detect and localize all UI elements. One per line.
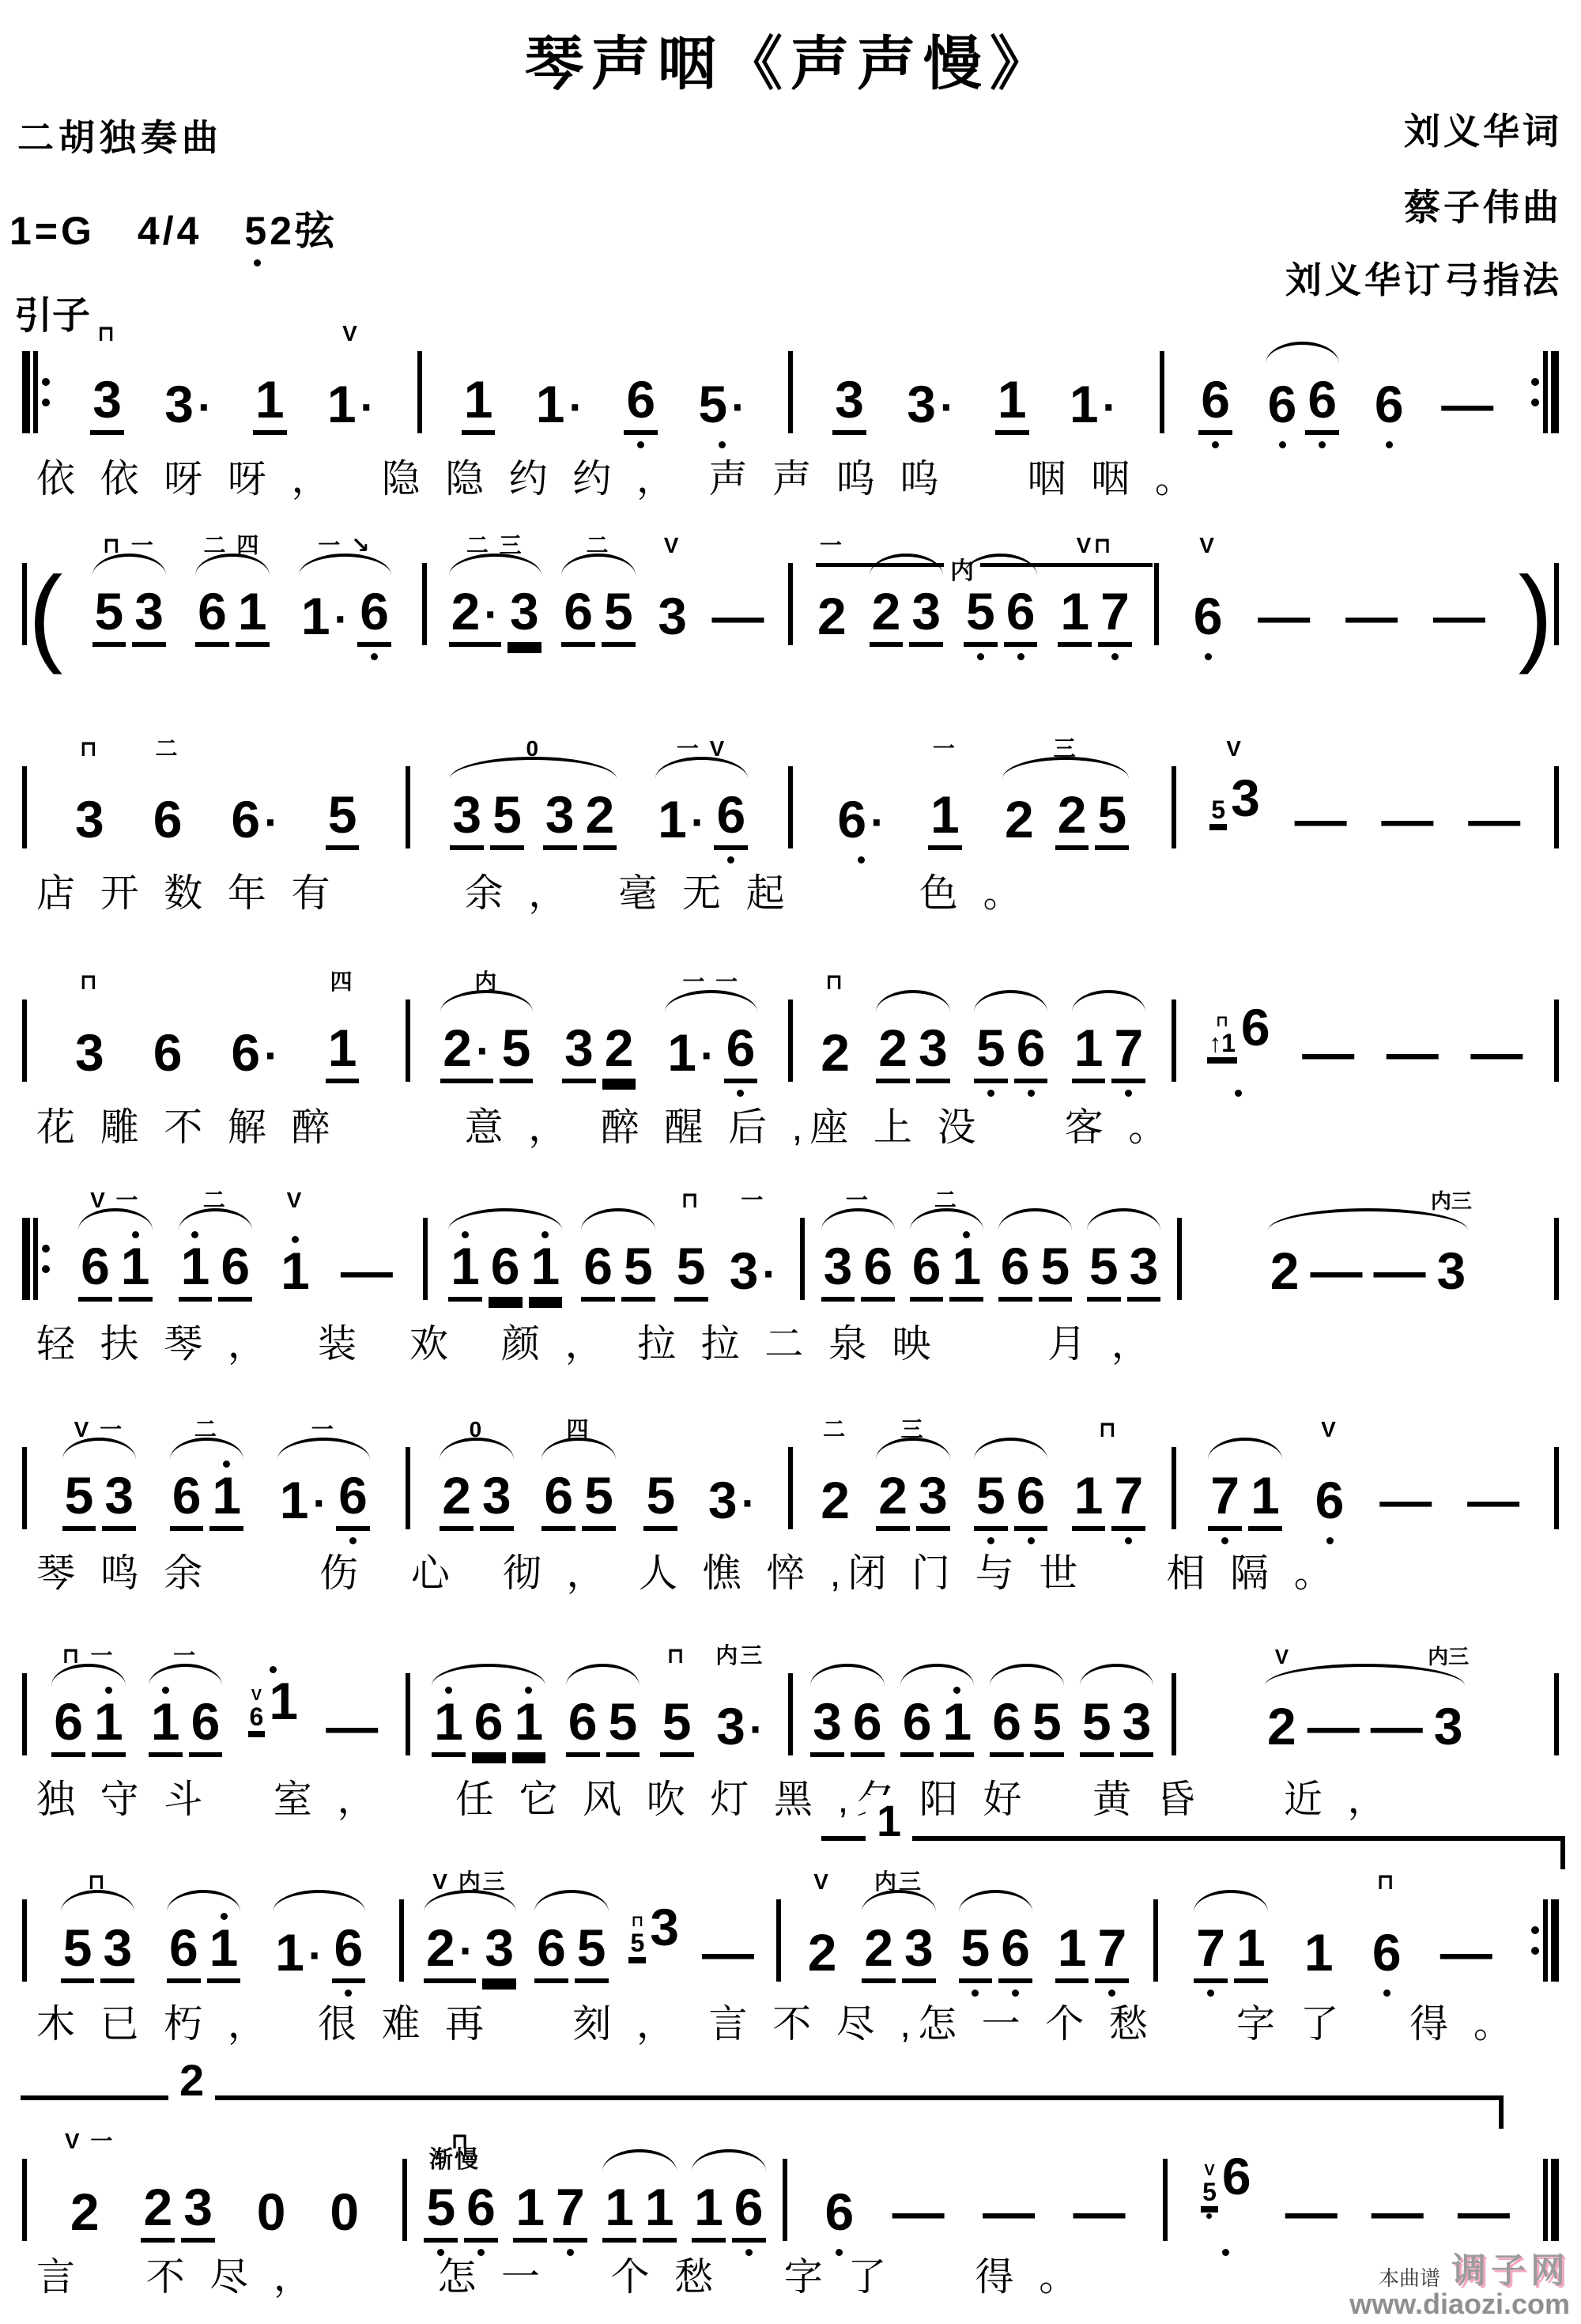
measure: 6666— bbox=[1166, 359, 1530, 452]
note: ⊓53 bbox=[626, 1887, 681, 2001]
note: 5 bbox=[674, 1226, 708, 1319]
note-digit: 1 bbox=[513, 2179, 547, 2243]
octave-dot-below bbox=[1386, 436, 1393, 452]
note-digit: 2 bbox=[440, 1468, 474, 1531]
note-digit: 1· bbox=[273, 1925, 325, 1983]
beat-group: 17 bbox=[1052, 1907, 1132, 2001]
note-digit: 3 bbox=[1127, 1238, 1161, 1302]
composer-credit: 蔡子伟曲 bbox=[1404, 179, 1562, 231]
barline-group bbox=[787, 351, 794, 452]
dash-note: — bbox=[1377, 1460, 1434, 1548]
open-paren: ( bbox=[28, 574, 62, 655]
note: 6 bbox=[1198, 359, 1232, 452]
note: 5 bbox=[959, 1907, 993, 2001]
measure: 711⊓6— bbox=[1160, 1907, 1529, 2001]
beat-group: V6 bbox=[1310, 1460, 1350, 1548]
beat-group: 一2 bbox=[812, 576, 852, 664]
beat-group: V 一61 bbox=[75, 1226, 155, 1319]
octave-dot-below bbox=[727, 852, 734, 867]
note: 1 bbox=[448, 1226, 482, 1319]
beat-group: 6 bbox=[1369, 364, 1409, 452]
note: 1 bbox=[643, 2167, 677, 2260]
note: 5 bbox=[660, 1681, 694, 1774]
beat-group: 5· bbox=[692, 364, 751, 452]
barline bbox=[1172, 1447, 1176, 1529]
note: 1· bbox=[655, 779, 707, 867]
strings-label: 2弦 bbox=[270, 209, 338, 253]
barline-group bbox=[781, 2159, 789, 2260]
barline bbox=[406, 766, 410, 848]
measure-notes: 二2三2356⊓17 bbox=[798, 1455, 1167, 1548]
bowing-finger-mark: 一 bbox=[724, 1189, 783, 1211]
grace-note: V6 bbox=[248, 1687, 266, 1733]
bowing-finger-mark: V bbox=[1275, 1646, 1289, 1667]
barline bbox=[1172, 1000, 1176, 1082]
notation-line-6: V 一53二61一1·6023四6553·二2三2356⊓1771V6—— bbox=[21, 1428, 1560, 1548]
barline bbox=[800, 1218, 805, 1300]
dash-note: — bbox=[1466, 779, 1523, 867]
note-digit: 5 bbox=[643, 1468, 677, 1531]
bowing-finger-mark: 二 bbox=[148, 738, 188, 760]
dash-note: — bbox=[1300, 1012, 1356, 1101]
beat-group: 023 bbox=[436, 1455, 516, 1548]
note-digit: 6 bbox=[170, 1468, 204, 1531]
note-digit: — bbox=[1300, 1025, 1356, 1083]
beat-group: — bbox=[1375, 779, 1439, 867]
note: 3 bbox=[562, 1007, 596, 1101]
note: 6 bbox=[566, 1681, 600, 1774]
note: 1 bbox=[253, 359, 287, 452]
measure: ⊓2235617 bbox=[794, 1007, 1170, 1101]
notation-line-8: 1⊓53611·6V 内三2·365⊓53—V2内三235617711⊓6— bbox=[21, 1880, 1560, 2001]
note-digit: 1 bbox=[512, 1694, 546, 1757]
note: 6 bbox=[851, 1681, 885, 1774]
beat-group: — bbox=[977, 2171, 1040, 2260]
barline-group bbox=[1529, 1899, 1560, 2001]
measure-notes: 6·一1三225 bbox=[798, 774, 1167, 867]
measure: 6·一1三225 bbox=[794, 774, 1170, 867]
barline-group bbox=[21, 1899, 28, 2001]
note-digit: 6 bbox=[167, 1920, 201, 1983]
octave-dot-below bbox=[1326, 1532, 1334, 1548]
note-digit: 6 bbox=[1014, 1020, 1048, 1083]
barline bbox=[22, 1218, 30, 1300]
note-digit: 2 bbox=[876, 1020, 910, 1083]
note: 1 bbox=[207, 1907, 241, 2001]
barline bbox=[783, 2159, 787, 2241]
note: 1 bbox=[1248, 1455, 1282, 1548]
note: 1 bbox=[1072, 1455, 1106, 1548]
barline-group bbox=[787, 563, 794, 664]
measure: V56——— bbox=[1169, 2136, 1541, 2260]
note: 5 bbox=[582, 1455, 616, 1548]
measure-notes: ⊓366·四1 bbox=[32, 1007, 401, 1101]
barline-group bbox=[1175, 1218, 1183, 1319]
measure-notes: V 内三2·365⊓53— bbox=[409, 1887, 772, 2001]
note: 5 bbox=[500, 1007, 534, 1101]
note: 6 bbox=[167, 1907, 201, 2001]
octave-dot-below bbox=[977, 648, 984, 664]
measure-notes: ⊓↑16——— bbox=[1181, 987, 1550, 1101]
note-digit: 6 bbox=[998, 1238, 1032, 1302]
note: 6 bbox=[1014, 1007, 1048, 1101]
dash-note: — bbox=[1305, 1686, 1362, 1774]
dash-note: — bbox=[1372, 1230, 1428, 1319]
bowing-finger-mark: ⊓ bbox=[657, 1645, 697, 1667]
note-digit: 1 bbox=[1072, 1020, 1106, 1083]
note: 6 bbox=[1191, 576, 1225, 664]
barline-group bbox=[1553, 766, 1560, 867]
note-digit: 6 bbox=[464, 2179, 498, 2243]
note-digit: 1 bbox=[236, 584, 270, 647]
note-digit: 6 bbox=[581, 1238, 615, 1302]
note-digit: 5 bbox=[964, 584, 998, 647]
barline-group bbox=[21, 563, 28, 664]
beat-group: 17 bbox=[1069, 1007, 1149, 1101]
measure: 03532一 V1·6 bbox=[412, 774, 787, 867]
note-digit: — bbox=[1431, 588, 1488, 647]
grace-bow-mark: V bbox=[251, 1687, 262, 1704]
measure: 11·65· bbox=[424, 359, 787, 452]
beat-group: 1 bbox=[1299, 1912, 1339, 2001]
beat-group: 1 bbox=[250, 359, 290, 452]
beat-group: 二65 bbox=[558, 571, 638, 664]
note: 3 bbox=[100, 1907, 134, 2001]
note: 7 bbox=[1111, 1007, 1145, 1101]
note-digit: — bbox=[709, 588, 766, 647]
note-digit: 1 bbox=[1234, 1920, 1268, 1983]
measure-notes: V56——— bbox=[1172, 2136, 1538, 2260]
note-digit: 5 bbox=[606, 1694, 640, 1757]
note: 6 bbox=[561, 571, 595, 664]
measure: 2——内三3 bbox=[1183, 1230, 1553, 1319]
barline-group bbox=[1553, 1673, 1560, 1774]
meter-value: 4/4 bbox=[138, 209, 202, 253]
note: 6 bbox=[78, 1226, 112, 1319]
barline-group bbox=[1152, 1899, 1160, 2001]
note: 1 bbox=[179, 1226, 213, 1319]
note-digit: 5 bbox=[974, 1468, 1008, 1531]
beat-group: 56 bbox=[960, 571, 1040, 664]
dash-note: — bbox=[1255, 576, 1312, 664]
note-digit: 5 bbox=[974, 1020, 1008, 1083]
beat-group: — bbox=[1381, 1012, 1444, 1101]
lyrics-line-5: 轻 扶 琴 ， 装 欢 颜 ， 拉 拉 二 泉 映 月 ， bbox=[36, 1322, 1565, 1366]
barline bbox=[1172, 766, 1176, 848]
barline bbox=[22, 351, 30, 433]
note-digit: 1 bbox=[448, 1238, 482, 1302]
barline-group bbox=[1153, 563, 1160, 664]
barline bbox=[1543, 2159, 1548, 2241]
note-digit: — bbox=[700, 1925, 757, 1983]
dash-note: — bbox=[1283, 2171, 1340, 2260]
note-digit: 5 bbox=[1030, 1694, 1064, 1757]
note: 2 bbox=[876, 1007, 910, 1101]
beat-group: 66 bbox=[1262, 359, 1342, 452]
note: 6 bbox=[732, 2167, 766, 2260]
notation-line-5: V 一61二16V1—16165⊓5一3·一36二6165532——内三3 bbox=[21, 1199, 1560, 1319]
beat-group: — bbox=[887, 2171, 950, 2260]
note-digit: 6 bbox=[336, 1468, 370, 1531]
barline bbox=[406, 1447, 410, 1529]
beat-group: 56 bbox=[971, 1007, 1051, 1101]
beat-group: 61 bbox=[897, 1681, 977, 1774]
note: 6 bbox=[900, 1681, 934, 1774]
beat-group: ⊓5 bbox=[671, 1226, 711, 1319]
dash-note: — bbox=[890, 2171, 947, 2260]
barline-group bbox=[1553, 1218, 1560, 1319]
bowing-finger-mark: ⊓ bbox=[671, 1189, 711, 1211]
beat-group: V53 bbox=[1204, 758, 1266, 867]
note-digit: — bbox=[1343, 588, 1400, 647]
note: 7 bbox=[1194, 1907, 1228, 2001]
note: 6 bbox=[51, 1681, 85, 1774]
barline bbox=[1163, 2159, 1168, 2241]
note: 1 bbox=[949, 1226, 983, 1319]
barline bbox=[22, 1899, 27, 1982]
measure-notes: 711⊓6— bbox=[1163, 1907, 1526, 2001]
measure-notes: 023四6553· bbox=[415, 1455, 784, 1548]
beat-group: 65 bbox=[995, 1226, 1075, 1319]
grace-octave-dot-below bbox=[1206, 2213, 1212, 2219]
strings-low-note: 5 bbox=[244, 208, 270, 254]
note: 1 bbox=[326, 1007, 360, 1101]
beat-group: V1 bbox=[275, 1230, 315, 1319]
note-digit: — bbox=[890, 2184, 947, 2243]
note-digit: 7 bbox=[1208, 1468, 1242, 1531]
note: 1· bbox=[277, 1460, 330, 1548]
grace-digit: ↑1 bbox=[1207, 1030, 1237, 1060]
note-digit: 6 bbox=[1191, 588, 1225, 647]
note-digit: 6 bbox=[151, 792, 185, 850]
measure-notes: 71V6—— bbox=[1181, 1455, 1550, 1548]
note-digit: 3 bbox=[1435, 1243, 1469, 1302]
beat-group: 一3· bbox=[724, 1230, 783, 1319]
beat-group: 四65 bbox=[538, 1455, 618, 1548]
octave-dot-below bbox=[858, 852, 865, 867]
beat-group: 65 bbox=[563, 1681, 643, 1774]
note: 6 bbox=[170, 1455, 204, 1548]
octave-dot-below bbox=[1028, 1532, 1035, 1548]
barline-group bbox=[1161, 2159, 1169, 2260]
note: 53 bbox=[1207, 758, 1262, 867]
barline bbox=[22, 1673, 27, 1755]
measure-notes: 11·65· bbox=[427, 359, 784, 452]
note: 1 bbox=[432, 1681, 466, 1774]
note: 3 bbox=[832, 359, 866, 452]
note: 6 bbox=[910, 1226, 944, 1319]
note: 5 bbox=[490, 774, 524, 867]
note-digit: 2· bbox=[440, 1020, 492, 1083]
note-digit: 6 bbox=[714, 787, 748, 850]
barline-group bbox=[1170, 766, 1178, 867]
measure: 16165⊓5一3· bbox=[429, 1226, 798, 1319]
beat-group: — bbox=[1462, 1460, 1525, 1548]
measure-notes: ⊓3二66·5 bbox=[32, 774, 401, 867]
lyrics-line-3: 店 开 数 年 有 余 ， 毫 无 起 色 。 bbox=[36, 871, 1565, 916]
note-digit: 6 bbox=[534, 1920, 568, 1983]
note-digit: 1 bbox=[179, 1238, 213, 1302]
watermark-site-name: 调子网 bbox=[1451, 2251, 1570, 2290]
beat-group: V 内三2·3 bbox=[421, 1907, 519, 2001]
beat-group: V3 bbox=[652, 576, 692, 664]
barline bbox=[1154, 563, 1159, 645]
note-digit: 7 bbox=[1194, 1920, 1228, 1983]
octave-dot-below bbox=[737, 1085, 744, 1101]
measure-notes: 2——内三3 bbox=[1187, 1230, 1549, 1319]
measure: ⊓ 一53二 四61一 ↘1·6 bbox=[62, 571, 421, 664]
note-digit: 1 bbox=[119, 1238, 153, 1302]
barline bbox=[1551, 1899, 1559, 1982]
note-digit: — bbox=[338, 1243, 395, 1302]
note: 3 bbox=[482, 1907, 516, 2001]
beat-group: 71 bbox=[1190, 1907, 1270, 2001]
octave-dot-below bbox=[1279, 436, 1286, 452]
note-digit: — bbox=[1466, 792, 1523, 850]
octave-dot-below bbox=[1108, 1985, 1115, 2001]
measure: V53——— bbox=[1178, 758, 1553, 867]
note-digit: 1· bbox=[277, 1472, 330, 1531]
note-digit: 5 bbox=[582, 1468, 616, 1531]
note: 1 bbox=[940, 1681, 974, 1774]
note: 3 bbox=[102, 1455, 136, 1548]
beat-group: 65 bbox=[987, 1681, 1066, 1774]
measure-notes: 6666— bbox=[1169, 359, 1526, 452]
note: 6 bbox=[151, 1012, 185, 1101]
lyrics-line-4: 花 雕 不 解 醉 意 ， 醉 醒 后 ,座 上 没 客 。 bbox=[36, 1105, 1565, 1150]
beat-group: — bbox=[696, 1912, 760, 2001]
note: 2 bbox=[141, 2167, 175, 2260]
bowing-finger-mark: ⊓ bbox=[1069, 1419, 1149, 1441]
barline-group bbox=[1170, 1447, 1178, 1548]
bowing-finger-mark: V bbox=[322, 323, 380, 345]
beat-group: 6 bbox=[621, 359, 661, 452]
barline-group bbox=[787, 766, 794, 867]
dash-note: — bbox=[1292, 779, 1349, 867]
note-digit: 5 bbox=[674, 1238, 708, 1302]
section-label-intro: 引子 bbox=[14, 285, 90, 339]
note: 3 bbox=[810, 1681, 844, 1774]
barline bbox=[22, 2159, 27, 2241]
key-value: 1=G bbox=[9, 209, 95, 253]
beat-group: 53 bbox=[1077, 1681, 1157, 1774]
note: 1· bbox=[273, 1912, 325, 2001]
measure-notes: 03532一 V1·6 bbox=[415, 774, 784, 867]
note-digit: 6 bbox=[1266, 376, 1300, 435]
note-digit: 2· bbox=[424, 1920, 476, 1983]
note-digit: 3 bbox=[73, 1025, 107, 1083]
beat-group: 内三3· bbox=[711, 1686, 769, 1774]
note: 3 bbox=[902, 1907, 936, 2001]
lyrics-line-1: 依 依 呀 呀 ， 隐 隐 约 约 ， 声 声 呜 呜 咽 咽 。 bbox=[36, 457, 1565, 501]
measure: ⊓ 一61一16V61— bbox=[28, 1661, 404, 1774]
barline-group bbox=[1170, 1673, 1178, 1774]
note-digit: 7 bbox=[1111, 1468, 1145, 1531]
barline bbox=[1551, 2159, 1559, 2241]
beat-group: 三23 bbox=[873, 1455, 953, 1548]
note: 6 bbox=[1305, 359, 1339, 452]
note: 3 bbox=[655, 576, 689, 664]
lyrics-line-9: 言 不 尽 ， 怎 一 个 愁 字 了 得 。 bbox=[36, 2255, 1565, 2299]
note-digit: 2 bbox=[818, 1025, 852, 1083]
note: 3· bbox=[162, 364, 214, 452]
barline bbox=[1160, 351, 1164, 433]
note-digit: 0 bbox=[255, 2184, 289, 2243]
repeat-dots bbox=[42, 1218, 50, 1300]
note-digit: 3 bbox=[102, 1468, 136, 1531]
barline-group bbox=[787, 1447, 794, 1548]
notation-line-4: ⊓366·四1内2·532一 一1·6⊓2235617⊓↑16——— bbox=[21, 981, 1560, 1101]
beat-group: 1 bbox=[458, 359, 499, 452]
note: 1· bbox=[1067, 364, 1119, 452]
note: 1· bbox=[534, 364, 586, 452]
note: 1 bbox=[1055, 1907, 1089, 2001]
note: ⊓↑16 bbox=[1205, 987, 1273, 1101]
note-digit: 6 bbox=[489, 1238, 523, 1302]
note-digit: 6 bbox=[566, 1694, 600, 1757]
beat-group: 56 bbox=[971, 1455, 1051, 1548]
beat-group: 11 bbox=[599, 2167, 679, 2260]
notation-line-7: ⊓ 一61一16V61—16165⊓5内三3·36616553V2——内三3 bbox=[21, 1654, 1560, 1774]
bowing-finger-mark: V bbox=[652, 535, 692, 557]
measure-notes: 一36二616553 bbox=[809, 1226, 1172, 1319]
barline bbox=[1554, 1218, 1559, 1300]
note: 1 bbox=[928, 774, 962, 867]
note-digit: 1 bbox=[529, 1238, 563, 1302]
note-digit: 3· bbox=[727, 1243, 779, 1302]
note-digit: 3 bbox=[832, 372, 866, 435]
note-digit: — bbox=[1379, 792, 1436, 850]
note-digit: 6 bbox=[1372, 376, 1406, 435]
note: 1 bbox=[278, 1230, 312, 1319]
note-digit: 1 bbox=[602, 2179, 636, 2243]
bowing-finger-mark: V bbox=[1188, 535, 1228, 557]
note-digit: 3 bbox=[482, 1920, 516, 1983]
bowing-finger-mark: ⊓ bbox=[70, 971, 110, 993]
measure-notes: V 一22300 bbox=[32, 2167, 398, 2260]
note: 1 bbox=[1072, 1007, 1106, 1101]
note: 2 bbox=[68, 2171, 102, 2260]
barline-group bbox=[404, 1000, 412, 1101]
note-digit: 2 bbox=[141, 2179, 175, 2243]
octave-dot-below bbox=[637, 436, 644, 452]
note: 7 bbox=[1095, 1907, 1129, 2001]
measure: 内一22356V⊓17 bbox=[794, 571, 1153, 664]
note: 6 bbox=[189, 1681, 223, 1774]
beat-group: 65 bbox=[578, 1226, 658, 1319]
note-digit: V61 bbox=[246, 1673, 301, 1757]
note-digit: 7 bbox=[1111, 1020, 1145, 1083]
note: 2· bbox=[440, 1007, 492, 1101]
barline bbox=[788, 766, 793, 848]
beat-group: 71 bbox=[1205, 1455, 1285, 1548]
measure: 33·11· bbox=[794, 359, 1158, 452]
note: 6 bbox=[624, 359, 658, 452]
note-digit: 3 bbox=[480, 1468, 514, 1531]
beat-group: 32 bbox=[559, 1007, 639, 1101]
bowing-finger-mark: ⊓ bbox=[87, 323, 127, 345]
barline bbox=[788, 1447, 793, 1529]
beat-group: 6· bbox=[832, 779, 890, 867]
beat-group: — bbox=[1296, 1012, 1360, 1101]
measure-notes: V 一53二61一1·6 bbox=[32, 1455, 401, 1548]
barline bbox=[22, 1000, 27, 1082]
note: 7 bbox=[553, 2167, 587, 2260]
instrument-label: 二胡独奏曲 bbox=[17, 109, 223, 161]
note-digit: — bbox=[1305, 1699, 1362, 1757]
measure: ⊓53611·6 bbox=[28, 1907, 398, 2001]
octave-dot-below bbox=[987, 1532, 994, 1548]
